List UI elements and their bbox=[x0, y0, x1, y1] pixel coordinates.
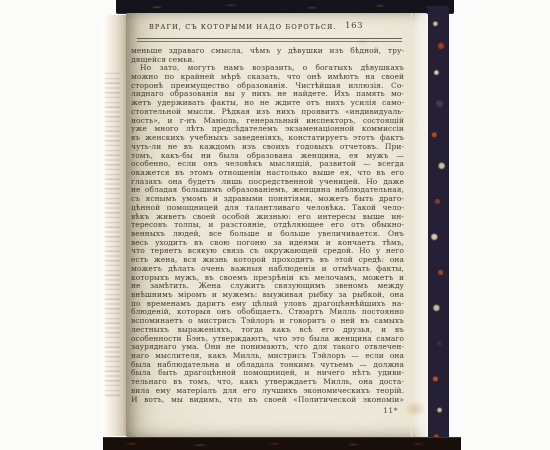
facing-page-curled-edge bbox=[102, 15, 129, 436]
signature-mark: 11* bbox=[131, 406, 404, 415]
page-fore-edge bbox=[411, 13, 428, 437]
book-cover-top-edge bbox=[116, 0, 454, 14]
header-rule bbox=[137, 38, 402, 42]
running-header: ВРАГИ, СЪ КОТОРЫМИ НАДО БОРОТЬСЯ. 163 bbox=[131, 23, 404, 34]
book-cover-bottom-edge bbox=[103, 437, 461, 450]
book-page: ВРАГИ, СЪ КОТОРЫМИ НАДО БОРОТЬСЯ. 163 ме… bbox=[126, 13, 428, 437]
book-photo: ВРАГИ, СЪ КОТОРЫМИ НАДО БОРОТЬСЯ. 163 ме… bbox=[0, 0, 550, 450]
marbled-cover-right-edge bbox=[428, 6, 449, 450]
running-header-title: ВРАГИ, СЪ КОТОРЫМИ НАДО БОРОТЬСЯ. bbox=[149, 23, 325, 31]
body-text: меньше здраваго смысла, чѣмъ у дѣвушки и… bbox=[131, 47, 404, 404]
text-line: И вотъ, мы видимъ, что въ своей «Политич… bbox=[131, 396, 404, 405]
page-number: 163 bbox=[345, 21, 363, 31]
facing-page-text-blur bbox=[105, 73, 120, 398]
page-content: ВРАГИ, СЪ КОТОРЫМИ НАДО БОРОТЬСЯ. 163 ме… bbox=[131, 23, 404, 415]
